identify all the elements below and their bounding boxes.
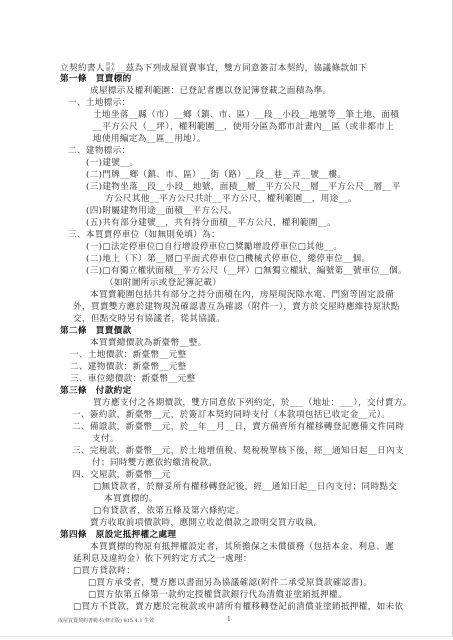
article-1-line: 土地坐落__縣（市）__鄉（鎮、市、區）__段__小段__地號等__筆土地，面積 bbox=[93, 110, 399, 121]
article-3-line: 本買賣標的。 bbox=[104, 494, 158, 505]
article-1-line: 本買賣範圍包括共有部分之持分面積在內，房屋現況除水電、門窗等固定設備 bbox=[90, 290, 394, 301]
article-1-line: (一)建號__。 bbox=[86, 158, 138, 169]
article-4-title: 第四條 原設定抵押權之處理 bbox=[60, 530, 176, 541]
article-1-line: 方公尺其他__平方公尺共計__平方公尺，權利範圍__，用途__。 bbox=[105, 194, 357, 205]
article-3-line: □無貸款者，於辦妥所有權移轉登記後，經__通知日起__日內支付；同時點交 bbox=[93, 482, 397, 493]
article-2-line: 本買賣總價款為新臺幣__整。 bbox=[90, 338, 207, 349]
article-1-line: (五)共有部分建號__，共有持分面積__平方公尺，權利範圍__。 bbox=[86, 218, 336, 229]
article-1-line: __平方公尺（__坪），權利範圍__，使用分區為都市計畫內__區（或非都市上 bbox=[93, 122, 394, 133]
article-1-line: 三、本買賣停車位（如無則免填）為： bbox=[68, 230, 220, 241]
document-page: 立契約書人買方賣方__茲為下列成屋買賣事宜，雙方同意簽訂本契約，協議條款如下 第… bbox=[0, 0, 453, 637]
article-1-line: 一、土地標示： bbox=[68, 98, 131, 109]
article-3-line: 三、完稅款，新臺幣__元，於土地增值稅、契稅稅單核下後，經__通知日起__日內支 bbox=[72, 446, 404, 457]
article-4-line: 本買賣標的物原有抵押權設定者，其所擔保之未償債務（包括本金、利息、遲 bbox=[90, 542, 394, 553]
page-number: 1 bbox=[227, 616, 231, 623]
article-3-title: 第三條 付款約定 bbox=[60, 386, 132, 397]
article-3-line: 買方應支付之各期價款，雙方同意依下列約定，於___（地址：___），交付賣方。 bbox=[93, 398, 412, 409]
article-1-line: (二)門牌__鄉（鎮、市、區）__街（路）__段__巷__弄__號__樓。 bbox=[86, 170, 346, 181]
article-2-line: 三、車位總價款：新臺幣__元整 bbox=[70, 374, 196, 385]
article-1-line: 交，但點交時另有協議者，從其協議。 bbox=[73, 314, 225, 325]
article-4-line: □買方承受者，雙方應以書面另為協議確認(附件二承受原貸款確認書)。 bbox=[88, 578, 372, 589]
article-3-line: 付；同時雙方應依約繳清稅款。 bbox=[92, 458, 217, 469]
article-1-line: (三)建物坐落__段__小段__地號，面積__層__平方公尺__層__平方公尺_… bbox=[86, 182, 401, 193]
intro-suffix: 茲為下列成屋買賣事宜，雙方同意簽訂本契約，協議條款如下 bbox=[126, 64, 367, 74]
intro-prefix: 立契約書人 bbox=[60, 64, 105, 74]
article-4-line: □買方貸款時： bbox=[73, 566, 135, 577]
article-3-line: 四、交屋款，新臺幣__元 bbox=[72, 470, 171, 481]
article-3-line: 賣方收取前項價款時，應開立收訖價款之證明交買方收執。 bbox=[90, 518, 323, 529]
article-3-line: 支付。 bbox=[92, 434, 119, 445]
article-2-line: 二、建物價款：新臺幣__元整 bbox=[70, 362, 187, 373]
article-3-line: 二、備證款，新臺幣__元，於__年__月__日，賣方備齊所有權移轉登記應備文件同… bbox=[72, 422, 404, 433]
article-1-line: （如附圖所示或登記簿記載） bbox=[105, 278, 221, 289]
article-1-line: (四)附屬建物用途__面積__平方公尺。 bbox=[86, 206, 237, 217]
article-1-line: 二、建物標示： bbox=[68, 146, 131, 157]
article-3-line: 一、簽約款，新臺幣__元，於簽訂本契約同時支付（本款項包括已收定金__元）。 bbox=[72, 410, 390, 421]
article-4-line: □買方依第五條第一款約定授權貸款銀行代為清償並塗銷抵押權。 bbox=[88, 590, 347, 601]
article-1-title: 第一條 買賣標的 bbox=[60, 74, 132, 85]
article-3-line: □有貸款者，依第五條及第六條約定。 bbox=[93, 506, 245, 517]
article-4-line: □買方不貸款，賣方應於完稅款或申請所有權移轉登記前清償並塗銷抵押權，如未依 bbox=[73, 602, 403, 613]
article-1-line: 地使用編定為__區__用地）。 bbox=[93, 134, 206, 145]
intro-line: 立契約書人買方賣方__茲為下列成屋買賣事宜，雙方同意簽訂本契約，協議條款如下 bbox=[60, 63, 367, 75]
article-1-line: (一)□法定停車位□自行增設停車位□獎勵增設停車位□其他__。 bbox=[86, 242, 342, 253]
article-1-line: (三)□有獨立權狀面積__平方公尺（__坪）□無獨立權狀，編號第__號車位__個… bbox=[86, 266, 407, 277]
article-4-line: 延利息及違約金）依下列約定方式之一處理： bbox=[73, 554, 252, 565]
article-2-title: 第二條 買賣價款 bbox=[60, 326, 132, 337]
footer-doc-version: 成屋買賣契約書範本(修正版) 815.4.1 生效 bbox=[58, 617, 154, 624]
party-stack: 買方賣方 bbox=[106, 63, 116, 73]
seller-label: 賣方 bbox=[106, 68, 116, 73]
article-1-line: 成屋標示及權利範圍：已登記者應以登記簿登載之面積為準。 bbox=[90, 86, 331, 97]
article-1-line: (二)地上（下）第__層□平面式停車位□機械式停車位，總停車位__個。 bbox=[86, 254, 370, 265]
article-2-line: 一、土地價款：新臺幣__元整 bbox=[70, 350, 187, 361]
article-1-line: 外，買賣雙方應於建物現況確認書互為確認（附件一），賣方於交屋時應維持原狀點 bbox=[73, 302, 400, 313]
